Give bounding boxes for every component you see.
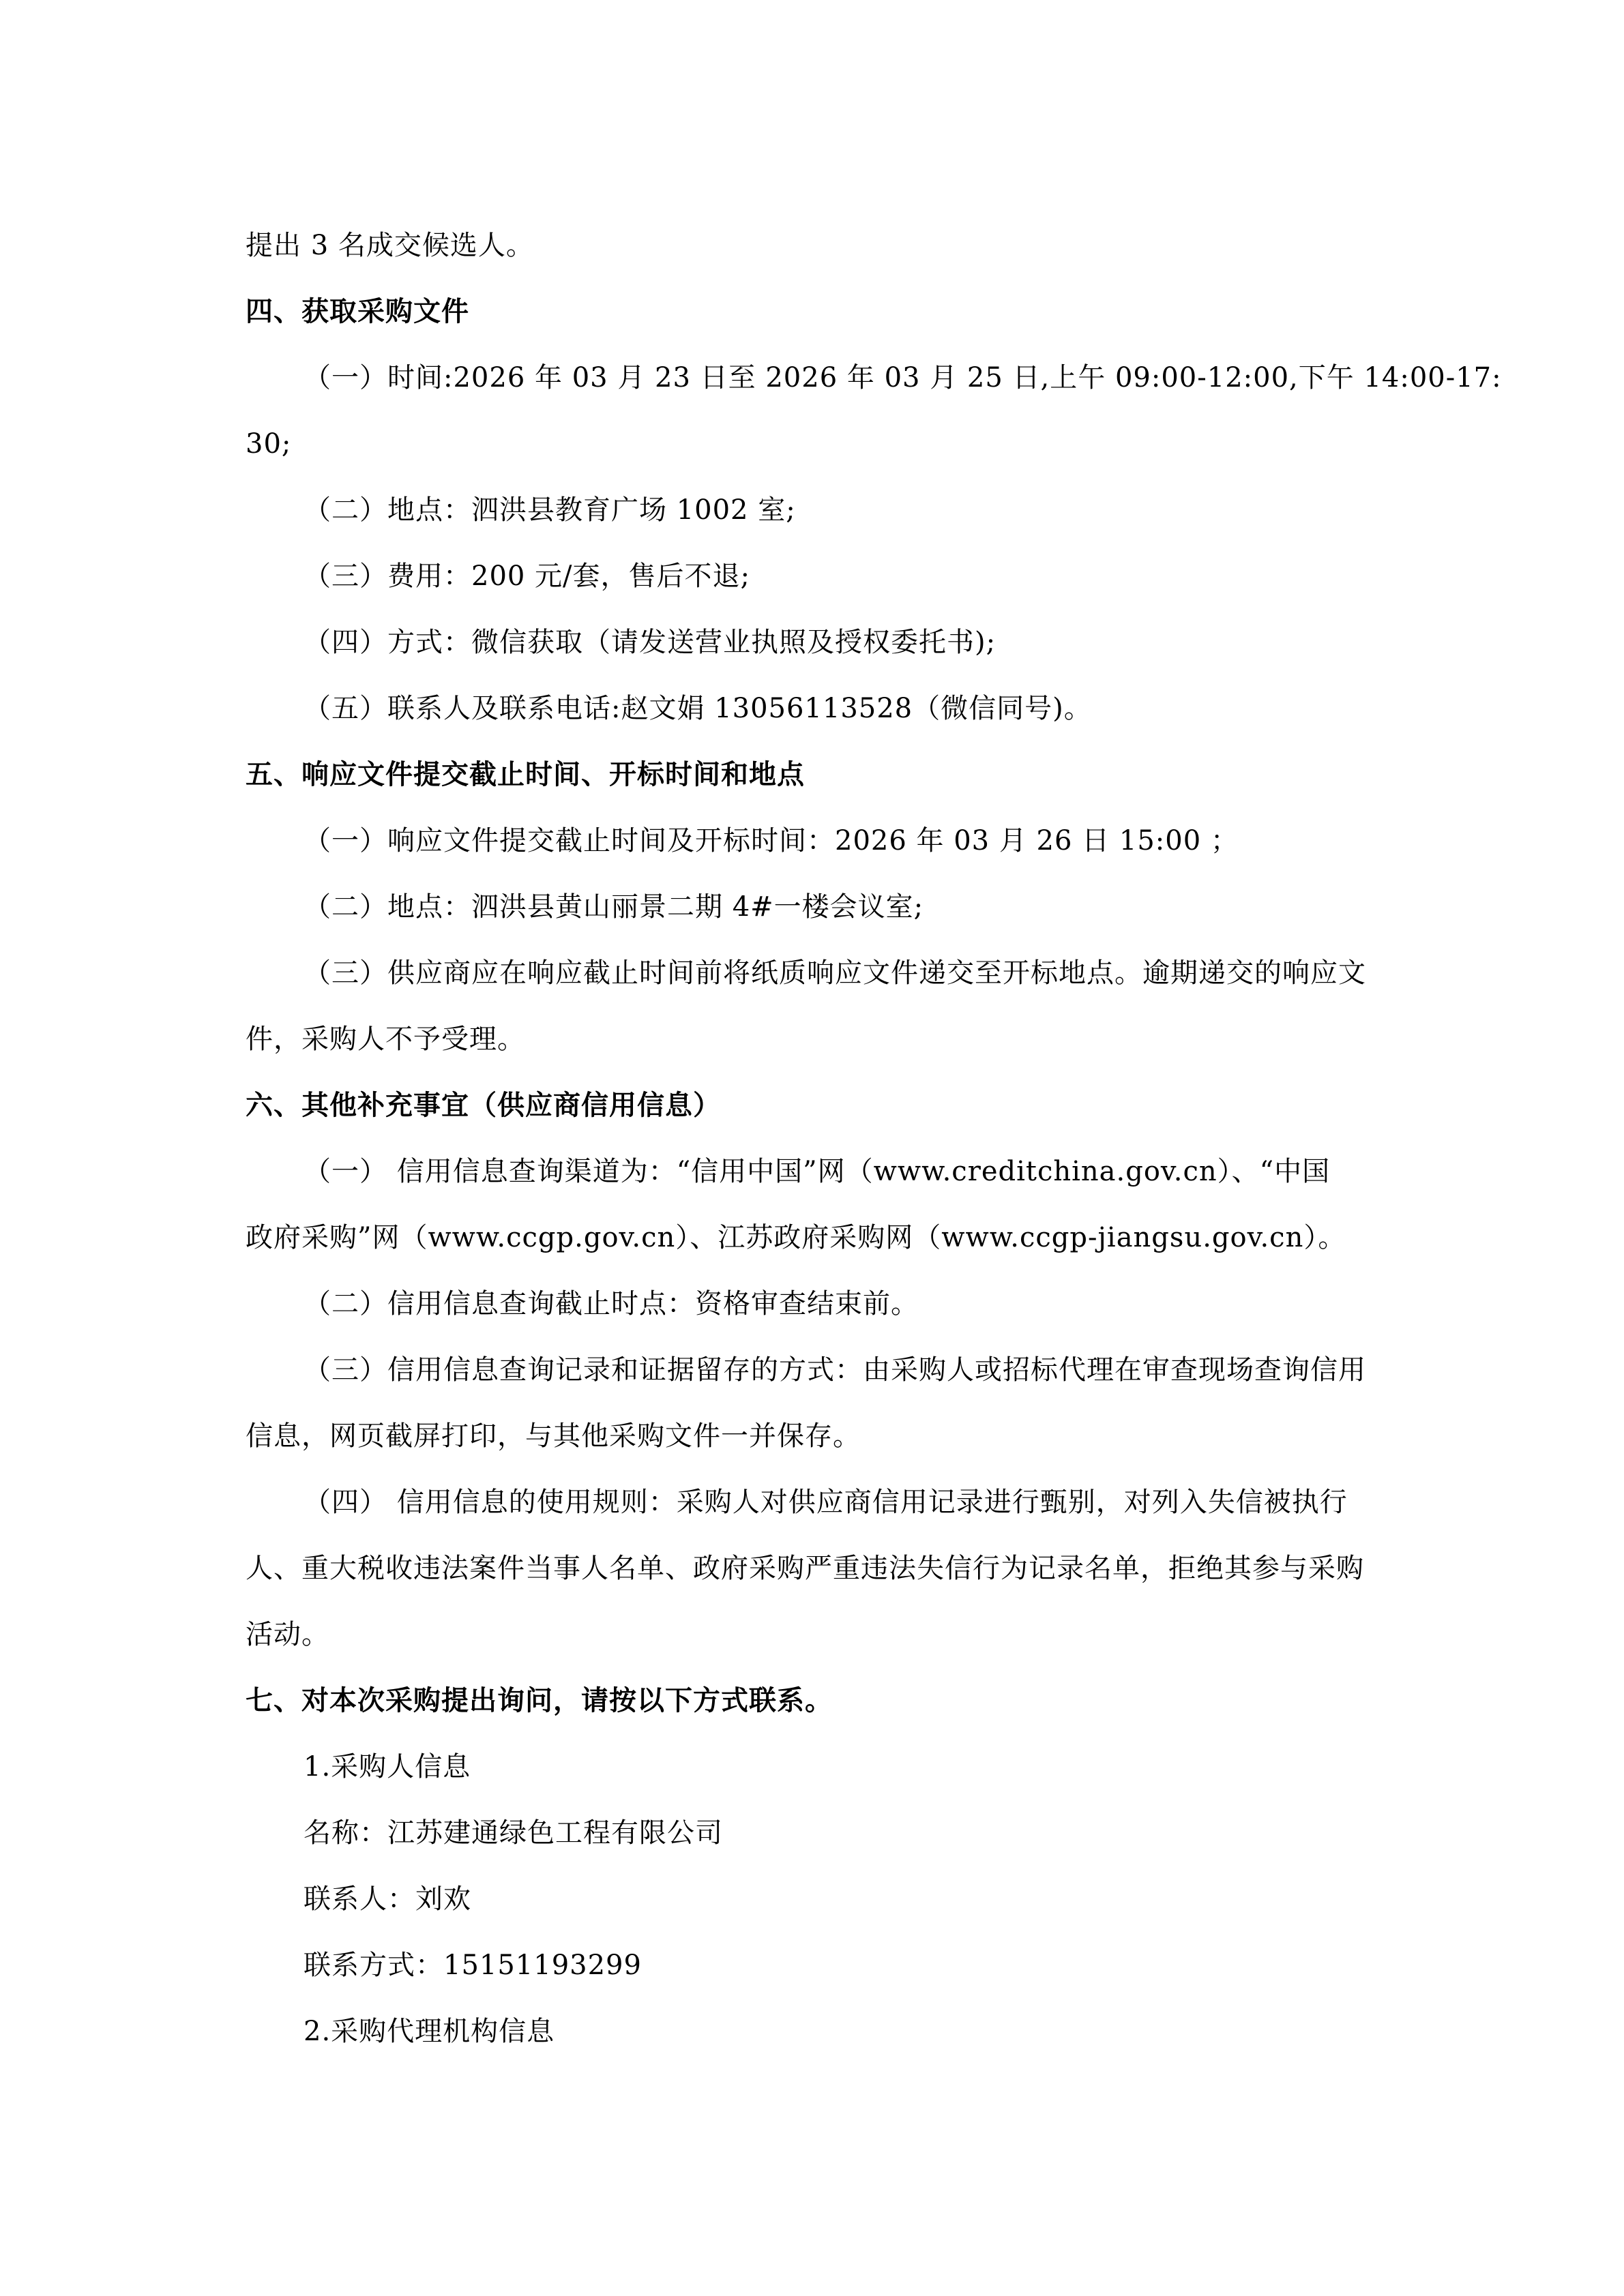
body-line: （四）方式：微信获取（请发送营业执照及授权委托书); — [304, 622, 996, 663]
body-line: （四） 信用信息的使用规则：采购人对供应商信用记录进行甄别，对列入失信被执行 — [304, 1482, 1348, 1523]
section-heading-6: 六、其他补充事宜（供应商信用信息） — [246, 1085, 721, 1126]
agency-info-heading: 2.采购代理机构信息 — [304, 2011, 555, 2052]
body-line: （二）地点：泗洪县教育广场 1002 室; — [304, 490, 796, 531]
body-line: 30; — [246, 423, 291, 464]
body-line: （一）响应文件提交截止时间及开标时间：2026 年 03 月 26 日 15:0… — [304, 820, 1239, 861]
body-line: （二）信用信息查询截止时点：资格审查结束前。 — [304, 1283, 919, 1324]
body-line: （二）地点：泗洪县黄山丽景二期 4#一楼会议室; — [304, 886, 924, 927]
body-line: 提出 3 名成交候选人。 — [246, 225, 534, 266]
section-heading-5: 五、响应文件提交截止时间、开标时间和地点 — [246, 754, 805, 795]
body-line: （一） 信用信息查询渠道为：“信用中国”网（www.creditchina.go… — [304, 1151, 1330, 1192]
purchaser-name: 名称：江苏建通绿色工程有限公司 — [304, 1813, 723, 1853]
body-line: （一）时间:2026 年 03 月 23 日至 2026 年 03 月 25 日… — [304, 357, 1502, 398]
purchaser-phone: 联系方式：15151193299 — [304, 1945, 642, 1986]
body-line: 活动。 — [246, 1614, 329, 1655]
purchaser-info-heading: 1.采购人信息 — [304, 1746, 471, 1787]
body-line: （三）费用：200 元/套，售后不退; — [304, 556, 750, 597]
body-line: （三）信用信息查询记录和证据留存的方式：由采购人或招标代理在审查现场查询信用 — [304, 1350, 1366, 1390]
section-heading-7: 七、对本次采购提出询问，请按以下方式联系。 — [246, 1680, 833, 1721]
body-line: 政府采购”网（www.ccgp.gov.cn）、江苏政府采购网（www.ccgp… — [246, 1217, 1346, 1258]
section-heading-4: 四、获取采购文件 — [246, 291, 469, 332]
body-line: 信息，网页截屏打印，与其他采购文件一并保存。 — [246, 1416, 861, 1457]
body-line: 人、重大税收违法案件当事人名单、政府采购严重违法失信行为记录名单，拒绝其参与采购 — [246, 1548, 1364, 1589]
body-line: 件，采购人不予受理。 — [246, 1019, 525, 1060]
body-line: （三）供应商应在响应截止时间前将纸质响应文件递交至开标地点。逾期递交的响应文 — [304, 953, 1366, 994]
purchaser-contact: 联系人：刘欢 — [304, 1879, 471, 1920]
body-line: （五）联系人及联系电话:赵文娟 13056113528（微信同号)。 — [304, 688, 1092, 729]
